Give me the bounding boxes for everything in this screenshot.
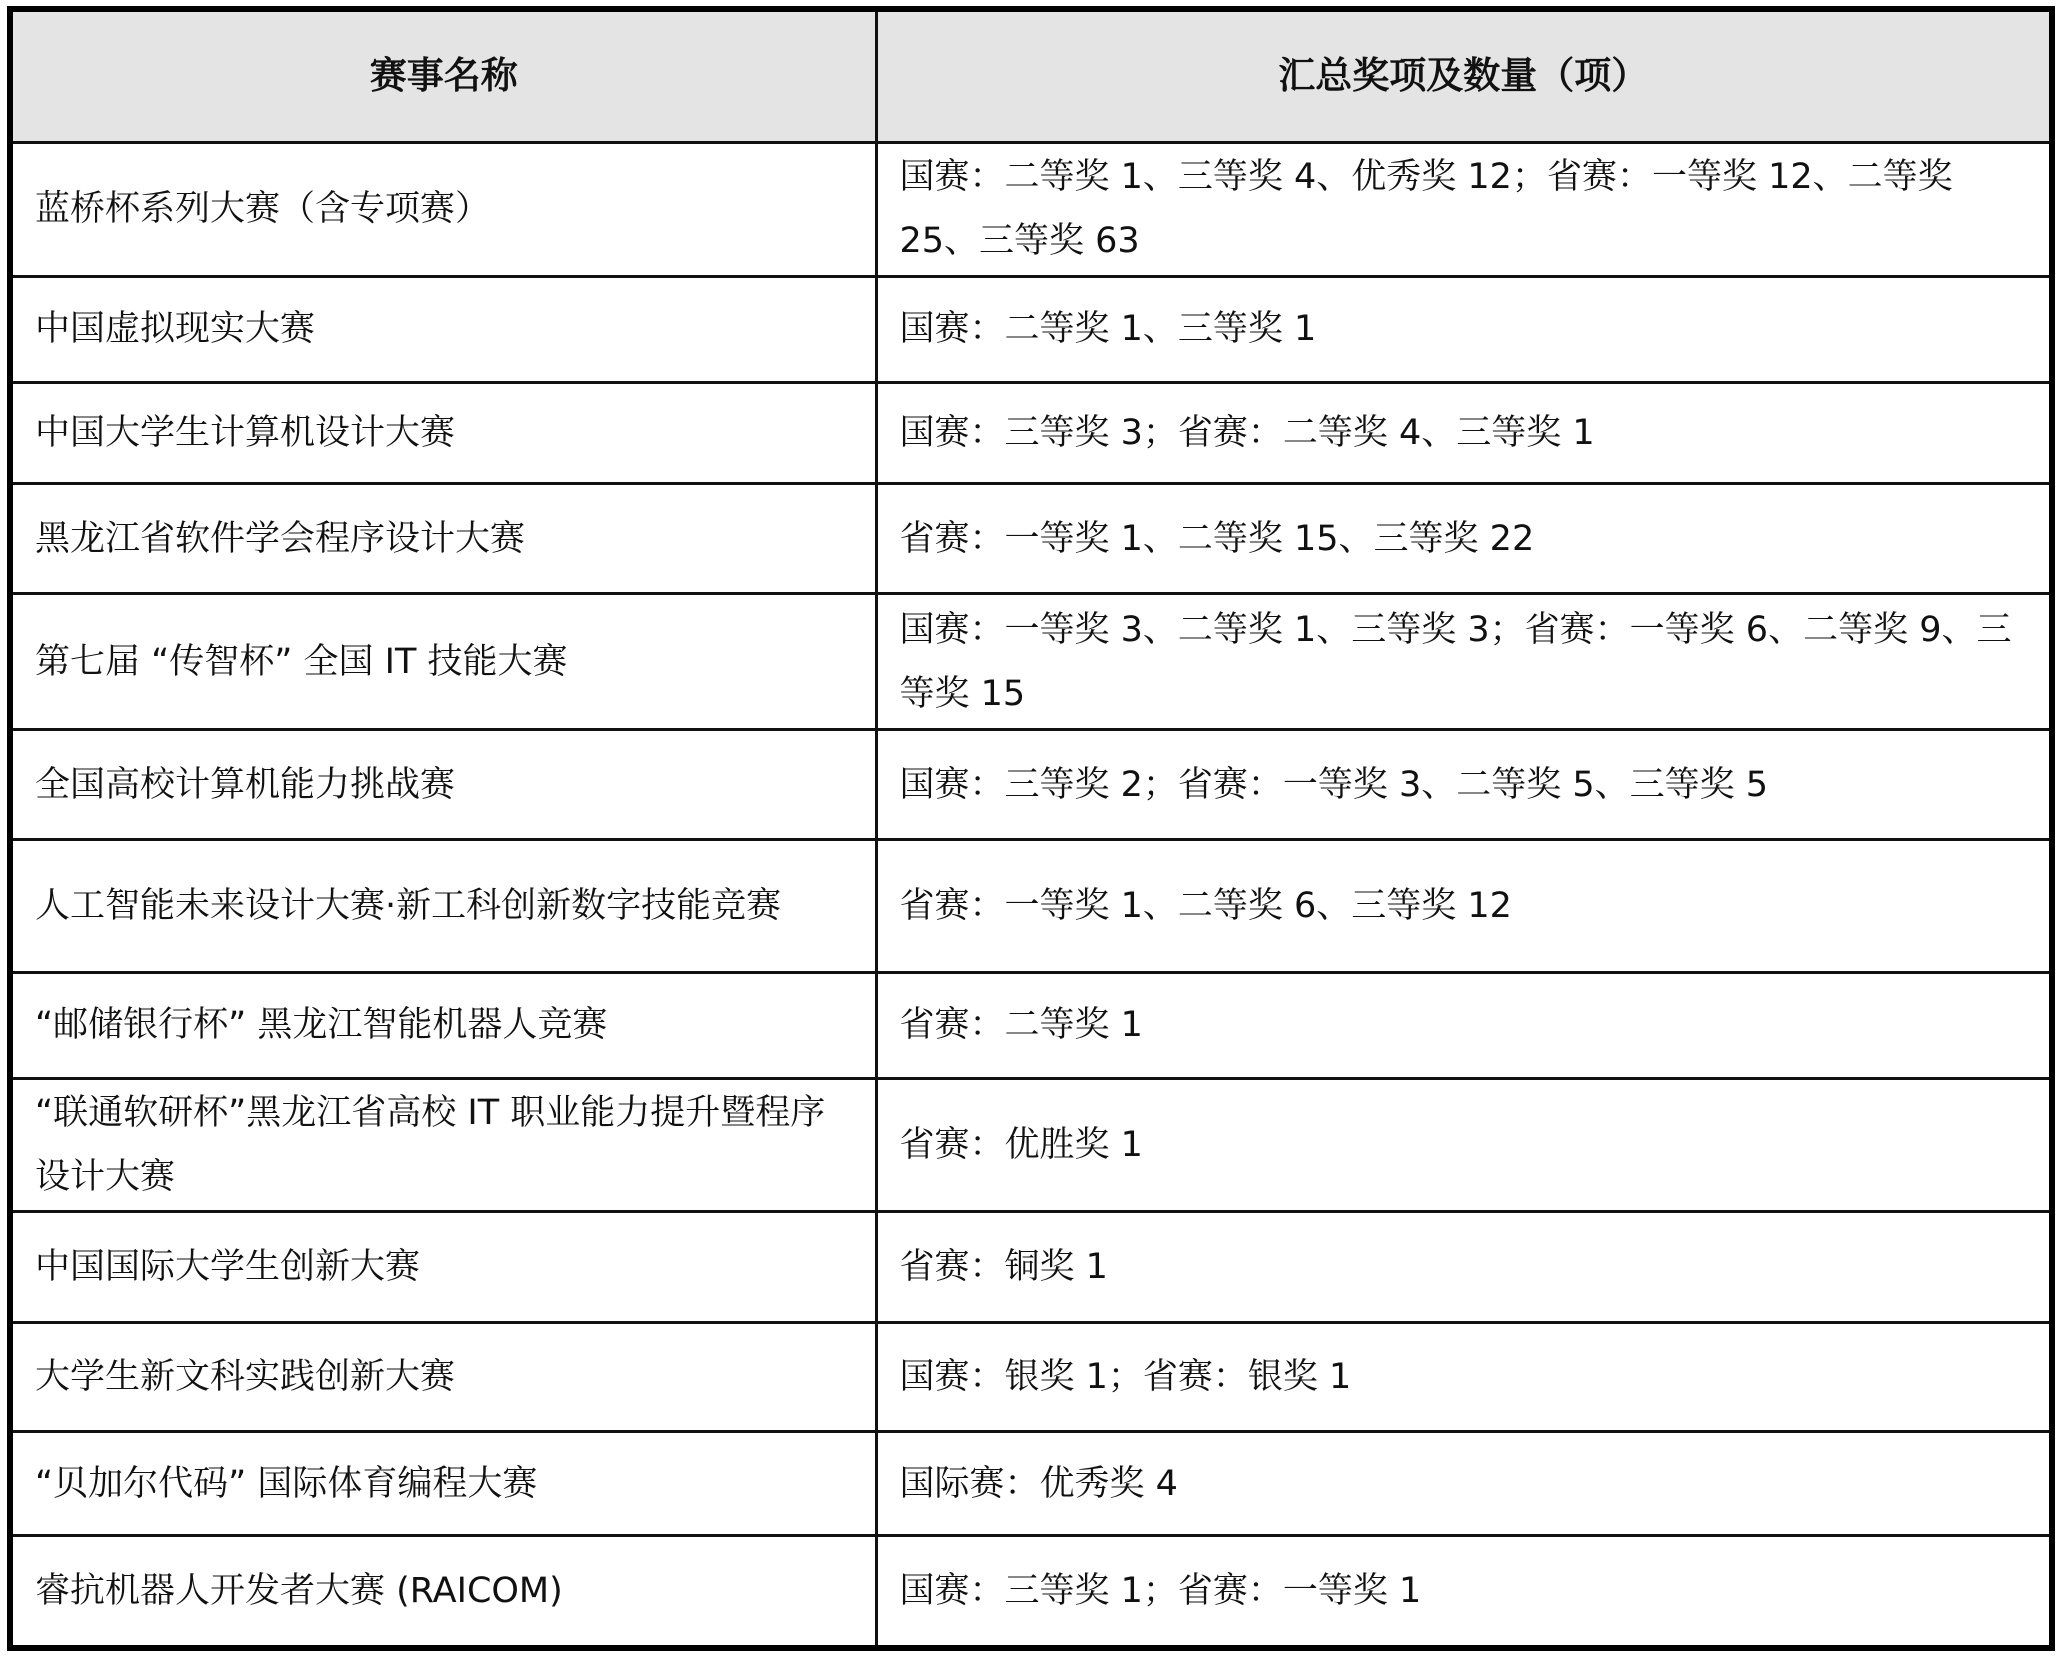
awards-cell: 省赛：二等奖 1 — [876, 972, 2049, 1078]
competition-name-cell: 全国高校计算机能力挑战赛 — [13, 730, 876, 840]
table-header-row: 赛事名称 汇总奖项及数量（项） — [13, 12, 2049, 142]
header-awards-summary: 汇总奖项及数量（项） — [876, 12, 2049, 142]
awards-cell: 国赛：银奖 1；省赛：银奖 1 — [876, 1323, 2049, 1432]
competition-name-cell: 大学生新文科实践创新大赛 — [13, 1323, 876, 1432]
competition-name-cell: 黑龙江省软件学会程序设计大赛 — [13, 483, 876, 593]
table-row: 全国高校计算机能力挑战赛 国赛：三等奖 2；省赛：一等奖 3、二等奖 5、三等奖… — [13, 730, 2049, 840]
table-row: “邮储银行杯” 黑龙江智能机器人竞赛 省赛：二等奖 1 — [13, 972, 2049, 1078]
table-row: 睿抗机器人开发者大赛 (RAICOM) 国赛：三等奖 1；省赛：一等奖 1 — [13, 1536, 2049, 1645]
competition-name-cell: 第七届 “传智杯” 全国 IT 技能大赛 — [13, 594, 876, 730]
awards-cell: 国赛：三等奖 2；省赛：一等奖 3、二等奖 5、三等奖 5 — [876, 730, 2049, 840]
awards-cell: 国赛：二等奖 1、三等奖 1 — [876, 276, 2049, 382]
awards-cell: 省赛：一等奖 1、二等奖 6、三等奖 12 — [876, 840, 2049, 972]
table-row: 中国大学生计算机设计大赛 国赛：三等奖 3；省赛：二等奖 4、三等奖 1 — [13, 382, 2049, 483]
awards-cell: 国赛：三等奖 3；省赛：二等奖 4、三等奖 1 — [876, 382, 2049, 483]
competition-name-cell: “联通软研杯”黑龙江省高校 IT 职业能力提升暨程序设计大赛 — [13, 1078, 876, 1211]
awards-cell: 国赛：三等奖 1；省赛：一等奖 1 — [876, 1536, 2049, 1645]
awards-table-container: 赛事名称 汇总奖项及数量（项） 蓝桥杯系列大赛（含专项赛） 国赛：二等奖 1、三… — [7, 6, 2055, 1651]
table-row: 中国虚拟现实大赛 国赛：二等奖 1、三等奖 1 — [13, 276, 2049, 382]
competition-name-cell: 中国虚拟现实大赛 — [13, 276, 876, 382]
header-competition-name: 赛事名称 — [13, 12, 876, 142]
awards-cell: 国赛：二等奖 1、三等奖 4、优秀奖 12；省赛：一等奖 12、二等奖 25、三… — [876, 142, 2049, 276]
competition-name-cell: 中国大学生计算机设计大赛 — [13, 382, 876, 483]
table-row: “贝加尔代码” 国际体育编程大赛 国际赛：优秀奖 4 — [13, 1432, 2049, 1536]
competition-name-cell: 人工智能未来设计大赛·新工科创新数字技能竞赛 — [13, 840, 876, 972]
table-row: 大学生新文科实践创新大赛 国赛：银奖 1；省赛：银奖 1 — [13, 1323, 2049, 1432]
table-row: 黑龙江省软件学会程序设计大赛 省赛：一等奖 1、二等奖 15、三等奖 22 — [13, 483, 2049, 593]
table-row: 蓝桥杯系列大赛（含专项赛） 国赛：二等奖 1、三等奖 4、优秀奖 12；省赛：一… — [13, 142, 2049, 276]
awards-table: 赛事名称 汇总奖项及数量（项） 蓝桥杯系列大赛（含专项赛） 国赛：二等奖 1、三… — [13, 12, 2049, 1645]
table-row: 人工智能未来设计大赛·新工科创新数字技能竞赛 省赛：一等奖 1、二等奖 6、三等… — [13, 840, 2049, 972]
competition-name-cell: 中国国际大学生创新大赛 — [13, 1211, 876, 1322]
awards-cell: 国赛：一等奖 3、二等奖 1、三等奖 3；省赛：一等奖 6、二等奖 9、三等奖 … — [876, 594, 2049, 730]
awards-cell: 国际赛：优秀奖 4 — [876, 1432, 2049, 1536]
competition-name-cell: 睿抗机器人开发者大赛 (RAICOM) — [13, 1536, 876, 1645]
table-row: 第七届 “传智杯” 全国 IT 技能大赛 国赛：一等奖 3、二等奖 1、三等奖 … — [13, 594, 2049, 730]
awards-cell: 省赛：优胜奖 1 — [876, 1078, 2049, 1211]
competition-name-cell: “贝加尔代码” 国际体育编程大赛 — [13, 1432, 876, 1536]
awards-cell: 省赛：一等奖 1、二等奖 15、三等奖 22 — [876, 483, 2049, 593]
competition-name-cell: 蓝桥杯系列大赛（含专项赛） — [13, 142, 876, 276]
table-row: 中国国际大学生创新大赛 省赛：铜奖 1 — [13, 1211, 2049, 1322]
awards-cell: 省赛：铜奖 1 — [876, 1211, 2049, 1322]
competition-name-cell: “邮储银行杯” 黑龙江智能机器人竞赛 — [13, 972, 876, 1078]
table-row: “联通软研杯”黑龙江省高校 IT 职业能力提升暨程序设计大赛 省赛：优胜奖 1 — [13, 1078, 2049, 1211]
